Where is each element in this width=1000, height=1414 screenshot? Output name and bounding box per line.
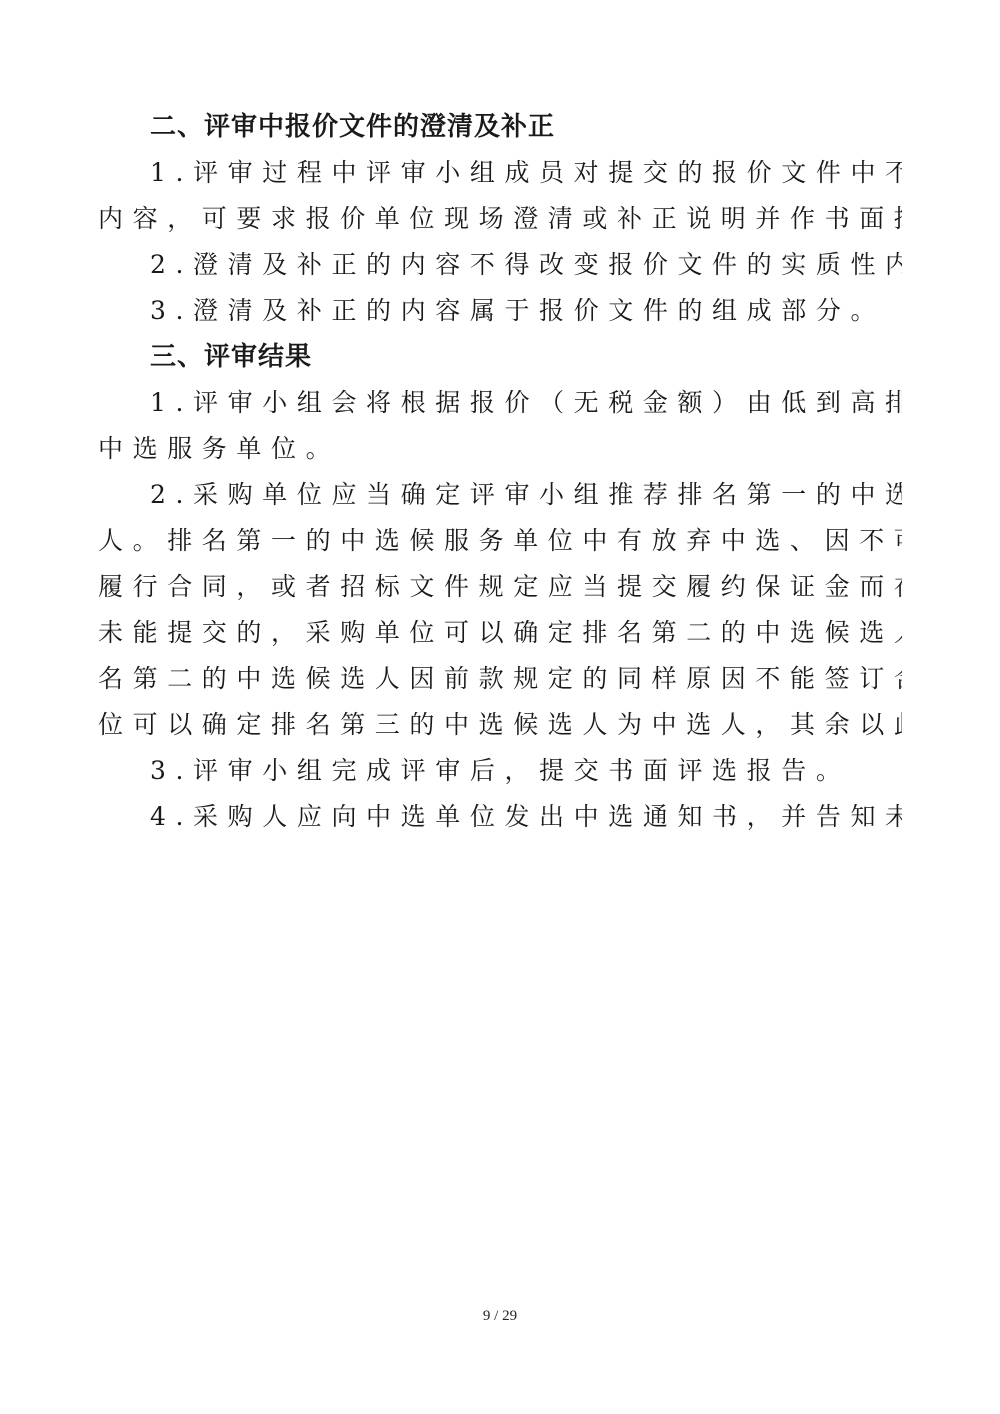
paragraph-clarification-1: 1.评审过程中评审小组成员对提交的报价文件中不明确或不清淅 内容，可要求报价单位… xyxy=(98,150,902,242)
paragraph-results-4: 4.采购人应向中选单位发出中选通知书，并告知未中选单位。 xyxy=(98,794,902,840)
paragraph-clarification-3: 3.澄清及补正的内容属于报价文件的组成部分。 xyxy=(98,288,902,334)
paragraph-line: 1.评审小组会将根据报价（无税金额）由低到高排列次序，推荐 xyxy=(98,380,902,426)
paragraph-line: 名第二的中选候选人因前款规定的同样原因不能签订合同的，采购单 xyxy=(98,656,902,702)
page-number: 9 / 29 xyxy=(0,1308,1000,1325)
paragraph-results-3: 3.评审小组完成评审后，提交书面评选报告。 xyxy=(98,748,902,794)
paragraph-line: 履行合同，或者招标文件规定应当提交履约保证金而在规定的期限内 xyxy=(98,564,902,610)
section-heading-clarification: 二、评审中报价文件的澄清及补正 xyxy=(98,104,902,150)
paragraph-line: 1.评审过程中评审小组成员对提交的报价文件中不明确或不清淅 xyxy=(98,150,902,196)
paragraph-line: 未能提交的，采购单位可以确定排名第二的中选候选人为中选人。排 xyxy=(98,610,902,656)
paragraph-line: 中选服务单位。 xyxy=(98,426,902,472)
paragraph-results-1: 1.评审小组会将根据报价（无税金额）由低到高排列次序，推荐 中选服务单位。 xyxy=(98,380,902,472)
paragraph-line: 2.澄清及补正的内容不得改变报价文件的实质性内容。 xyxy=(98,242,902,288)
paragraph-clarification-2: 2.澄清及补正的内容不得改变报价文件的实质性内容。 xyxy=(98,242,902,288)
paragraph-line: 2.采购单位应当确定评审小组推荐排名第一的中选候选人为中选 xyxy=(98,472,902,518)
paragraph-line: 内容，可要求报价单位现场澄清或补正说明并作书面报告。 xyxy=(98,196,902,242)
paragraph-line: 3.评审小组完成评审后，提交书面评选报告。 xyxy=(98,748,902,794)
section-heading-results: 三、评审结果 xyxy=(98,334,902,380)
paragraph-line: 人。排名第一的中选候服务单位中有放弃中选、因不可抗力提出不能 xyxy=(98,518,902,564)
paragraph-line: 4.采购人应向中选单位发出中选通知书，并告知未中选单位。 xyxy=(98,794,902,840)
paragraph-line: 3.澄清及补正的内容属于报价文件的组成部分。 xyxy=(98,288,902,334)
paragraph-results-2: 2.采购单位应当确定评审小组推荐排名第一的中选候选人为中选 人。排名第一的中选候… xyxy=(98,472,902,748)
paragraph-line: 位可以确定排名第三的中选候选人为中选人，其余以此类推。 xyxy=(98,702,902,748)
document-page: 二、评审中报价文件的澄清及补正 1.评审过程中评审小组成员对提交的报价文件中不明… xyxy=(98,104,902,840)
